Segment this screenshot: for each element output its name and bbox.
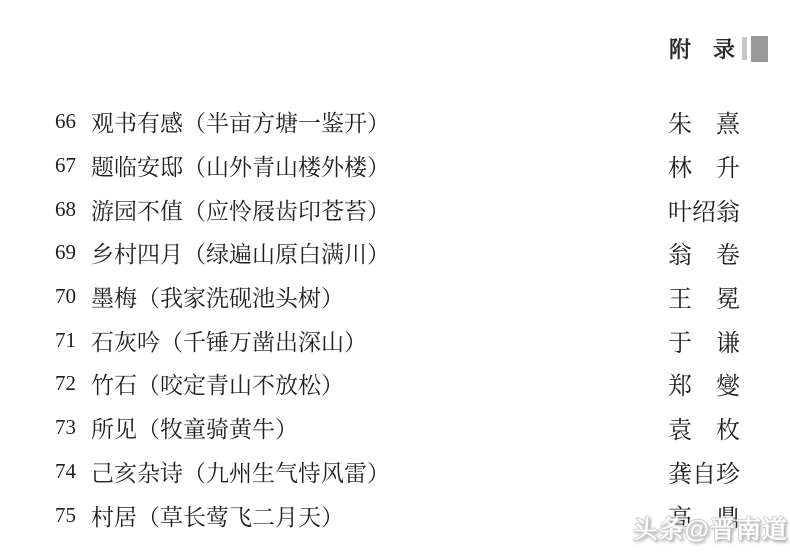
entry-title: 墨梅（我家洗砚池头树） [91,280,344,313]
entry-number: 70 [55,284,91,309]
wide-bar-icon [751,36,768,62]
entry-title: 所见（牧童骑黄牛） [91,411,298,444]
poem-index-list: 66 观书有感（半亩方塘一鉴开） 朱 熹 67 题临安邸（山外青山楼外楼） 林 … [55,100,740,537]
entry-number: 67 [55,153,91,178]
list-item: 68 游园不值（应怜屐齿印苍苔） 叶绍翁 [55,187,740,231]
entry-author: 朱 熹 [668,104,740,139]
entry-author: 袁 枚 [668,410,740,445]
entry-title: 己亥杂诗（九州生气恃风雷） [91,455,390,488]
entry-title: 游园不值（应怜屐齿印苍苔） [91,193,390,226]
list-item: 70 墨梅（我家洗砚池头树） 王 冕 [55,275,740,319]
entry-number: 75 [55,503,91,528]
entry-number: 73 [55,415,91,440]
double-bar-icon [742,36,768,62]
entry-title: 石灰吟（千锤万凿出深山） [91,324,367,357]
appendix-title: 附 录 [669,33,735,64]
entry-title: 观书有感（半亩方塘一鉴开） [91,105,390,138]
running-header: 附 录 [669,33,768,64]
list-item: 71 石灰吟（千锤万凿出深山） 于 谦 [55,318,740,362]
entry-number: 71 [55,328,91,353]
list-item: 69 乡村四月（绿遍山原白满川） 翁 卷 [55,231,740,275]
entry-author: 王 冕 [668,279,740,314]
entry-number: 66 [55,109,91,134]
thin-bar-icon [742,37,747,60]
entry-author: 龚自珍 [668,454,740,489]
entry-author: 叶绍翁 [668,192,740,227]
entry-number: 74 [55,459,91,484]
list-item: 74 己亥杂诗（九州生气恃风雷） 龚自珍 [55,450,740,494]
entry-author: 翁 卷 [668,235,740,270]
list-item: 67 题临安邸（山外青山楼外楼） 林 升 [55,144,740,188]
entry-number: 68 [55,197,91,222]
entry-title: 村居（草长莺飞二月天） [91,499,344,532]
entry-title: 题临安邸（山外青山楼外楼） [91,149,390,182]
entry-author: 于 谦 [668,323,740,358]
entry-number: 72 [55,371,91,396]
book-page: 附 录 66 观书有感（半亩方塘一鉴开） 朱 熹 67 题临安邸（山外青山楼外楼… [0,0,790,554]
list-item: 73 所见（牧童骑黄牛） 袁 枚 [55,406,740,450]
entry-title: 乡村四月（绿遍山原白满川） [91,236,390,269]
entry-author: 林 升 [668,148,740,183]
entry-author: 郑 燮 [668,366,740,401]
entry-title: 竹石（咬定青山不放松） [91,367,344,400]
entry-number: 69 [55,240,91,265]
list-item: 72 竹石（咬定青山不放松） 郑 燮 [55,362,740,406]
list-item: 66 观书有感（半亩方塘一鉴开） 朱 熹 [55,100,740,144]
watermark: 头条@晋南道 [633,510,788,546]
